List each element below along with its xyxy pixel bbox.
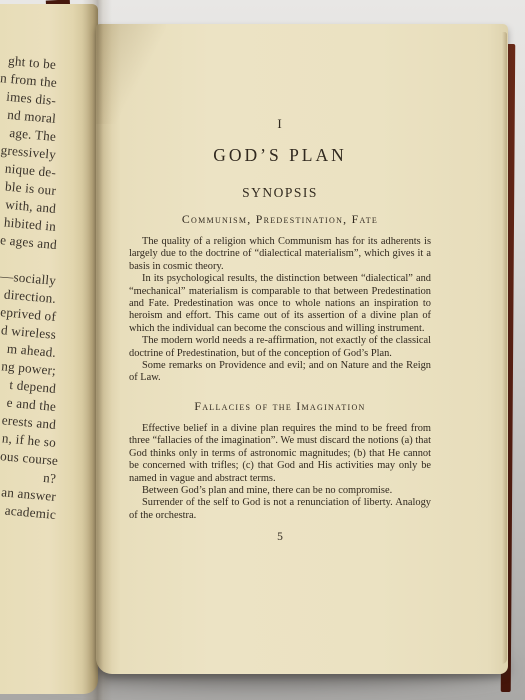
page-number: 5	[129, 531, 431, 543]
body-paragraph: Some remarks on Providence and evil; and…	[129, 360, 431, 385]
fallacies-paragraphs: Effective belief in a divine plan requir…	[129, 423, 431, 522]
chapter-number: I	[129, 116, 431, 132]
open-book-photograph: ght to ben from theimes dis-nd moralage.…	[0, 0, 525, 700]
synopsis-paragraphs: The quality of a religion which Communis…	[129, 236, 431, 385]
right-page: I GOD’S PLAN SYNOPSIS Communism, Predest…	[96, 24, 508, 674]
left-page-line: academic	[0, 501, 57, 524]
page-content-column: I GOD’S PLAN SYNOPSIS Communism, Predest…	[129, 116, 431, 543]
body-paragraph: In its psychological results, the distin…	[129, 273, 431, 335]
subheading-fallacies-of-the-imagination: Fallacies of the Imagination	[129, 399, 431, 414]
body-paragraph: Between God’s plan and mine, there can b…	[129, 485, 431, 497]
left-page: ght to ben from theimes dis-nd moralage.…	[0, 4, 98, 694]
left-page-text-fragments: ght to ben from theimes dis-nd moralage.…	[0, 56, 56, 524]
body-paragraph: Effective belief in a divine plan requir…	[129, 423, 431, 485]
body-paragraph: Surrender of the self to God is not a re…	[129, 497, 431, 522]
body-paragraph: The quality of a religion which Communis…	[129, 236, 431, 273]
synopsis-heading: SYNOPSIS	[129, 185, 431, 201]
subheading-communism-predestination-fate: Communism, Predestination, Fate	[129, 212, 431, 227]
body-paragraph: The modern world needs a re-affirmation,…	[129, 335, 431, 360]
chapter-title: GOD’S PLAN	[129, 145, 431, 166]
